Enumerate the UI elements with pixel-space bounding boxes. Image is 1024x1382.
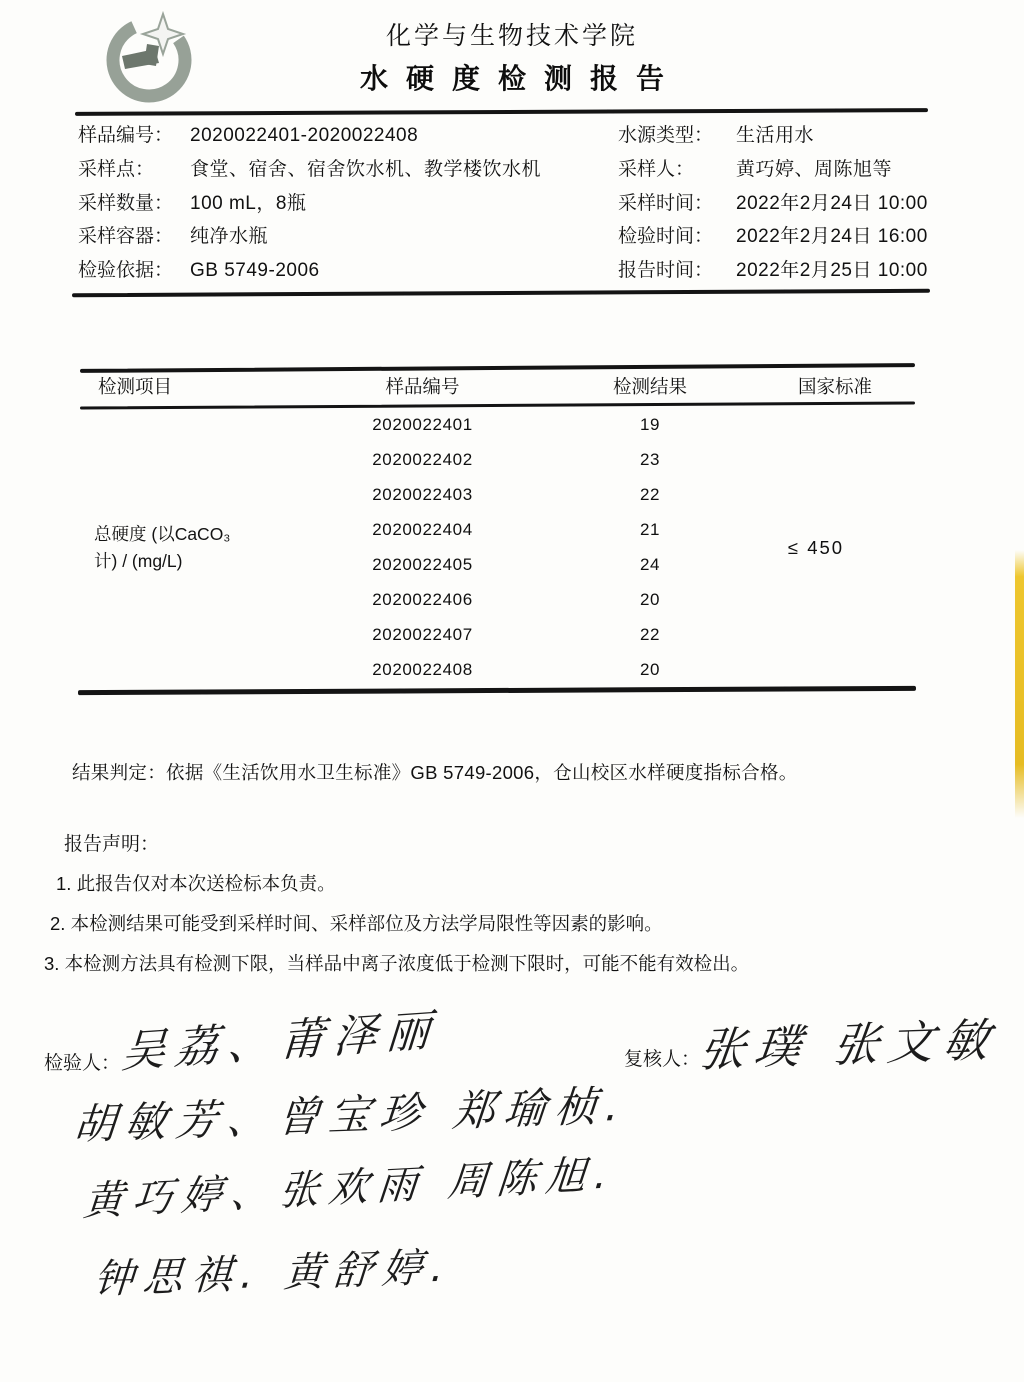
field-label: 样品编号：: [78, 120, 190, 147]
test-result: 21: [545, 520, 755, 540]
field-report-time: 报告时间：2022年2月25日 10:00: [618, 255, 930, 282]
table-header-row: 检测项目 样品编号 检测结果 国家标准: [80, 368, 915, 404]
table-body: 总硬度 (以CaCO₃ 计) / (mg/L) 202002240119 202…: [80, 407, 915, 688]
statement-item: 1. 此报告仅对本次送检标本负责。: [56, 864, 984, 904]
reviewer-signature: 张璞 张文敏: [696, 1003, 1003, 1080]
field-sampling-container: 采样容器：纯净水瓶: [78, 221, 618, 248]
statement-item: 2. 本检测结果可能受到采样时间、采样部位及方法学局限性等因素的影响。: [50, 904, 984, 944]
field-value: 2022年2月25日 10:00: [736, 260, 928, 281]
result-judgment-text: 依据《生活饮用水卫生标准》GB 5749-2006，仓山校区水样硬度指标合格。: [166, 762, 798, 783]
test-item-cell: 总硬度 (以CaCO₃ 计) / (mg/L): [94, 520, 304, 574]
field-sampling-point: 采样点：食堂、宿舍、宿舍饮水机、教学楼饮水机: [78, 154, 618, 181]
report-statement-list: 1. 此报告仅对本次送检标本负责。 2. 本检测结果可能受到采样时间、采样部位及…: [44, 864, 984, 984]
inspector-label: 检验人：: [44, 1048, 120, 1075]
table-row: 202002240820: [300, 660, 755, 680]
field-value: 生活用水: [736, 125, 814, 146]
sample-rows: 202002240119 202002240223 202002240322 2…: [300, 407, 755, 688]
scan-edge-artifact: [1015, 550, 1024, 818]
statement-item: 3. 本检测方法具有检测下限，当样品中离子浓度低于检测下限时，可能不能有效检出。: [44, 944, 984, 984]
inspector-signature-line-2: 胡敏芳、曾宝珍 郑瑜桢.: [71, 1073, 631, 1153]
field-label: 检验时间：: [618, 221, 736, 248]
inspector-signature-line-3: 黄巧婷、张欢雨 周陈旭.: [81, 1142, 619, 1227]
field-value: 纯净水瓶: [190, 226, 268, 247]
column-header-national-standard: 国家标准: [755, 373, 915, 399]
test-item-line1: 总硬度 (以CaCO₃: [94, 520, 304, 547]
result-judgment-label: 结果判定：: [72, 762, 166, 783]
field-label: 采样点：: [78, 154, 190, 181]
water-hardness-report-page: 化学与生物技术学院 水硬度检测报告 样品编号：2020022401-202002…: [0, 0, 1024, 1382]
field-label: 采样数量：: [78, 188, 190, 215]
table-row: 202002240421: [300, 520, 755, 540]
sample-info-left-column: 样品编号：2020022401-2020022408 采样点：食堂、宿舍、宿舍饮…: [78, 116, 618, 288]
test-result: 23: [545, 450, 755, 470]
sample-number: 2020022403: [300, 485, 545, 505]
table-row: 202002240322: [300, 485, 755, 505]
inspector-signature-line-1: 吴荔、莆泽丽: [120, 994, 442, 1081]
sample-info-box: 样品编号：2020022401-2020022408 采样点：食堂、宿舍、宿舍饮…: [78, 116, 930, 288]
sample-number: 2020022401: [300, 415, 545, 435]
test-result: 20: [545, 590, 755, 610]
field-test-basis: 检验依据：GB 5749-2006: [78, 255, 618, 282]
info-box-bottom-rule: [72, 289, 930, 297]
field-label: 采样人：: [618, 154, 736, 181]
info-box-top-rule: [75, 108, 928, 116]
sample-number: 2020022407: [300, 625, 545, 645]
field-sample-number: 样品编号：2020022401-2020022408: [78, 120, 618, 147]
field-sampling-quantity: 采样数量：100 mL，8瓶: [78, 188, 618, 215]
result-judgment: 结果判定：依据《生活饮用水卫生标准》GB 5749-2006，仓山校区水样硬度指…: [72, 759, 962, 785]
institution-name: 化学与生物技术学院: [0, 16, 1024, 52]
field-label: 采样容器：: [78, 221, 190, 248]
column-header-sample-number: 样品编号: [300, 373, 545, 399]
inspector-signature-line-4: 钟思祺. 黄舒婷.: [92, 1235, 455, 1305]
field-label: 报告时间：: [618, 255, 736, 282]
field-water-source-type: 水源类型：生活用水: [618, 120, 930, 147]
test-result: 19: [545, 415, 755, 435]
test-result: 20: [545, 660, 755, 680]
sample-number: 2020022405: [300, 555, 545, 575]
sample-number: 2020022408: [300, 660, 545, 680]
test-item-line2: 计) / (mg/L): [94, 548, 304, 575]
field-sampler: 采样人：黄巧婷、周陈旭等: [618, 154, 930, 181]
test-result: 24: [545, 555, 755, 575]
field-value: 黄巧婷、周陈旭等: [736, 159, 892, 180]
field-label: 检验依据：: [78, 255, 190, 282]
field-value: 100 mL，8瓶: [190, 193, 306, 214]
table-row: 202002240119: [300, 415, 755, 435]
field-value: GB 5749-2006: [190, 260, 320, 281]
sample-number: 2020022406: [300, 590, 545, 610]
sample-number: 2020022404: [300, 520, 545, 540]
test-result: 22: [545, 485, 755, 505]
field-value: 2022年2月24日 16:00: [736, 226, 928, 247]
field-test-time: 检验时间：2022年2月24日 16:00: [618, 221, 930, 248]
field-sampling-time: 采样时间：2022年2月24日 10:00: [618, 188, 930, 215]
report-statement-heading: 报告声明：: [64, 829, 159, 856]
field-label: 水源类型：: [618, 120, 736, 147]
report-title: 水硬度检测报告: [0, 57, 1024, 97]
reviewer-label: 复核人：: [624, 1044, 700, 1071]
field-value: 2020022401-2020022408: [190, 125, 418, 146]
sample-info-right-column: 水源类型：生活用水 采样人：黄巧婷、周陈旭等 采样时间：2022年2月24日 1…: [618, 116, 930, 288]
table-row: 202002240722: [300, 625, 755, 645]
field-value: 食堂、宿舍、宿舍饮水机、教学楼饮水机: [190, 159, 541, 180]
column-header-test-result: 检测结果: [545, 373, 755, 399]
test-result: 22: [545, 625, 755, 645]
table-row: 202002240524: [300, 555, 755, 575]
national-standard-cell: ≤ 450: [736, 537, 896, 559]
table-row: 202002240223: [300, 450, 755, 470]
sample-number: 2020022402: [300, 450, 545, 470]
column-header-test-item: 检测项目: [80, 373, 300, 399]
field-value: 2022年2月24日 10:00: [736, 193, 928, 214]
table-row: 202002240620: [300, 590, 755, 610]
field-label: 采样时间：: [618, 188, 736, 215]
